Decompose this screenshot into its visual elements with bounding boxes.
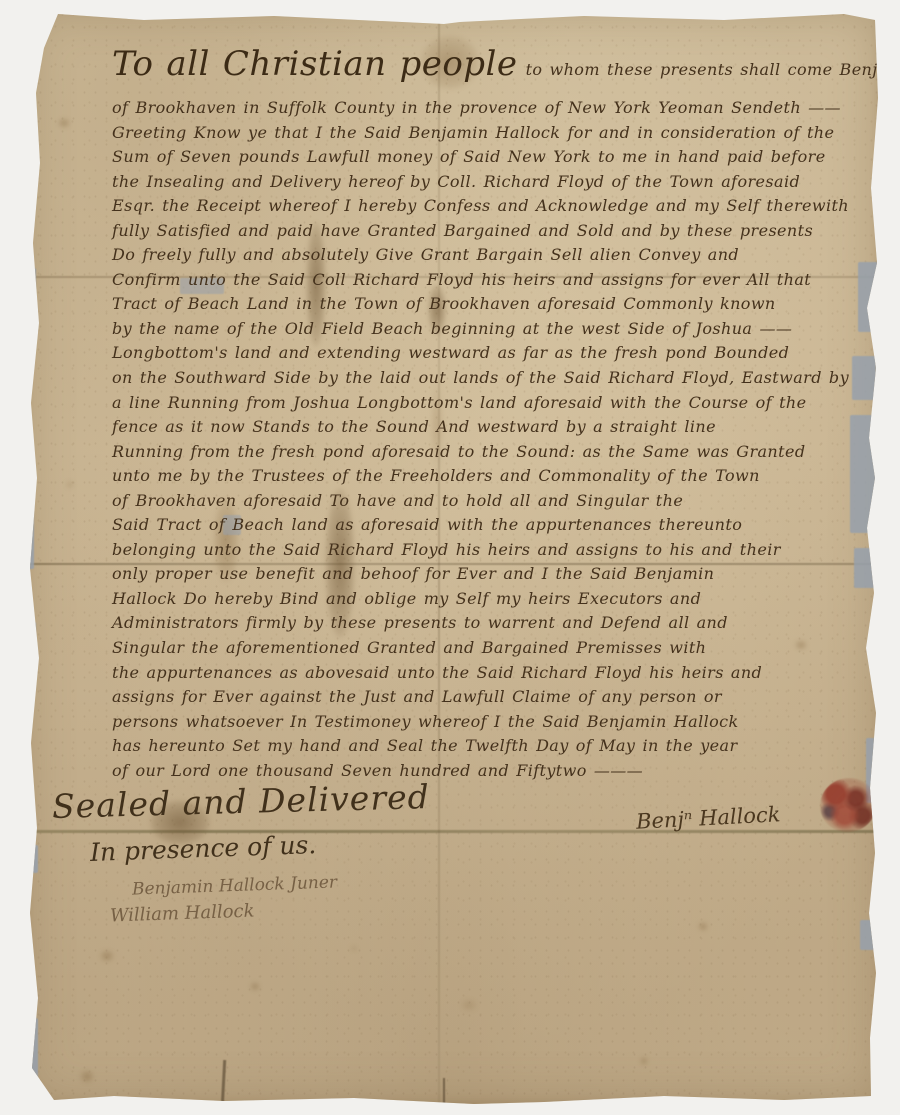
deed-line: persons whatsoever In Testimoney whereof… bbox=[112, 710, 864, 735]
deed-paper-sheet: To all Christian people to whom these pr… bbox=[24, 8, 880, 1104]
deed-line: of Brookhaven in Suffolk County in the p… bbox=[112, 96, 864, 121]
repair-patch-left-4 bbox=[26, 845, 38, 873]
deed-line: Said Tract of Beach land as aforesaid wi… bbox=[112, 513, 864, 538]
opening-line: To all Christian people to whom these pr… bbox=[112, 44, 864, 96]
deed-line: unto me by the Trustees of the Freeholde… bbox=[112, 464, 864, 489]
deed-line: by the name of the Old Field Beach begin… bbox=[112, 317, 864, 342]
deed-line: only proper use benefit and behoof for E… bbox=[112, 562, 864, 587]
deed-line: Sum of Seven pounds Lawfull money of Sai… bbox=[112, 145, 864, 170]
repair-patch-left-1 bbox=[20, 268, 36, 294]
deed-line: Greeting Know ye that I the Said Benjami… bbox=[112, 121, 864, 146]
deed-line: Tract of Beach Land in the Town of Brook… bbox=[112, 292, 864, 317]
deed-line: fully Satisfied and paid have Granted Ba… bbox=[112, 219, 864, 244]
stain-spot-8 bbox=[65, 480, 75, 489]
document-scan: To all Christian people to whom these pr… bbox=[0, 0, 900, 1115]
stain-spot-3 bbox=[460, 998, 478, 1012]
deed-line: on the Southward Side by the laid out la… bbox=[112, 366, 864, 391]
repair-patch-left-2 bbox=[16, 474, 34, 569]
repair-patch-left-3 bbox=[22, 622, 36, 654]
deed-line: Administrators firmly by these presents … bbox=[112, 611, 864, 636]
deed-line: assigns for Ever against the Just and La… bbox=[112, 685, 864, 710]
stain-spot-1 bbox=[100, 950, 114, 962]
deed-line: Longbottom's land and extending westward… bbox=[112, 341, 864, 366]
stain-spot-5 bbox=[640, 1057, 648, 1065]
stain-spot-10 bbox=[350, 945, 358, 952]
deed-line: a line Running from Joshua Longbottom's … bbox=[112, 391, 864, 416]
stain-spot-2 bbox=[250, 982, 260, 991]
deed-line: belonging unto the Said Richard Floyd hi… bbox=[112, 538, 864, 563]
deed-line: of our Lord one thousand Seven hundred a… bbox=[112, 759, 864, 784]
deed-line: Singular the aforementioned Granted and … bbox=[112, 636, 864, 661]
deed-line: fence as it now Stands to the Sound And … bbox=[112, 415, 864, 440]
deed-line: the appurtenances as abovesaid unto the … bbox=[112, 661, 864, 686]
deed-line: the Insealing and Delivery hereof by Col… bbox=[112, 170, 864, 195]
red-wax-seal-icon bbox=[820, 778, 876, 832]
deed-line: Confirm unto the Said Coll Richard Floyd… bbox=[112, 268, 864, 293]
deed-line: of Brookhaven aforesaid To have and to h… bbox=[112, 489, 864, 514]
stain-spot-7 bbox=[58, 118, 70, 128]
deed-line: Hallock Do hereby Bind and oblige my Sel… bbox=[112, 587, 864, 612]
deed-text: To all Christian people to whom these pr… bbox=[112, 44, 864, 783]
stain-spot-4 bbox=[698, 922, 708, 931]
opening-flourish: To all Christian people bbox=[112, 44, 518, 84]
repair-patch-right-6 bbox=[860, 920, 878, 950]
stain-spot-6 bbox=[80, 1070, 94, 1083]
deed-line: Esqr. the Receipt whereof I hereby Confe… bbox=[112, 194, 864, 219]
deed-line: Running from the fresh pond aforesaid to… bbox=[112, 440, 864, 465]
opening-line-rest: to whom these presents shall come Benjam… bbox=[526, 60, 900, 79]
paper-tear-bottom-center bbox=[443, 1078, 445, 1104]
deed-line: has hereunto Set my hand and Seal the Tw… bbox=[112, 734, 864, 759]
deed-line: Do freely fully and absolutely Give Gran… bbox=[112, 243, 864, 268]
repair-patch-left-5 bbox=[18, 1018, 38, 1106]
